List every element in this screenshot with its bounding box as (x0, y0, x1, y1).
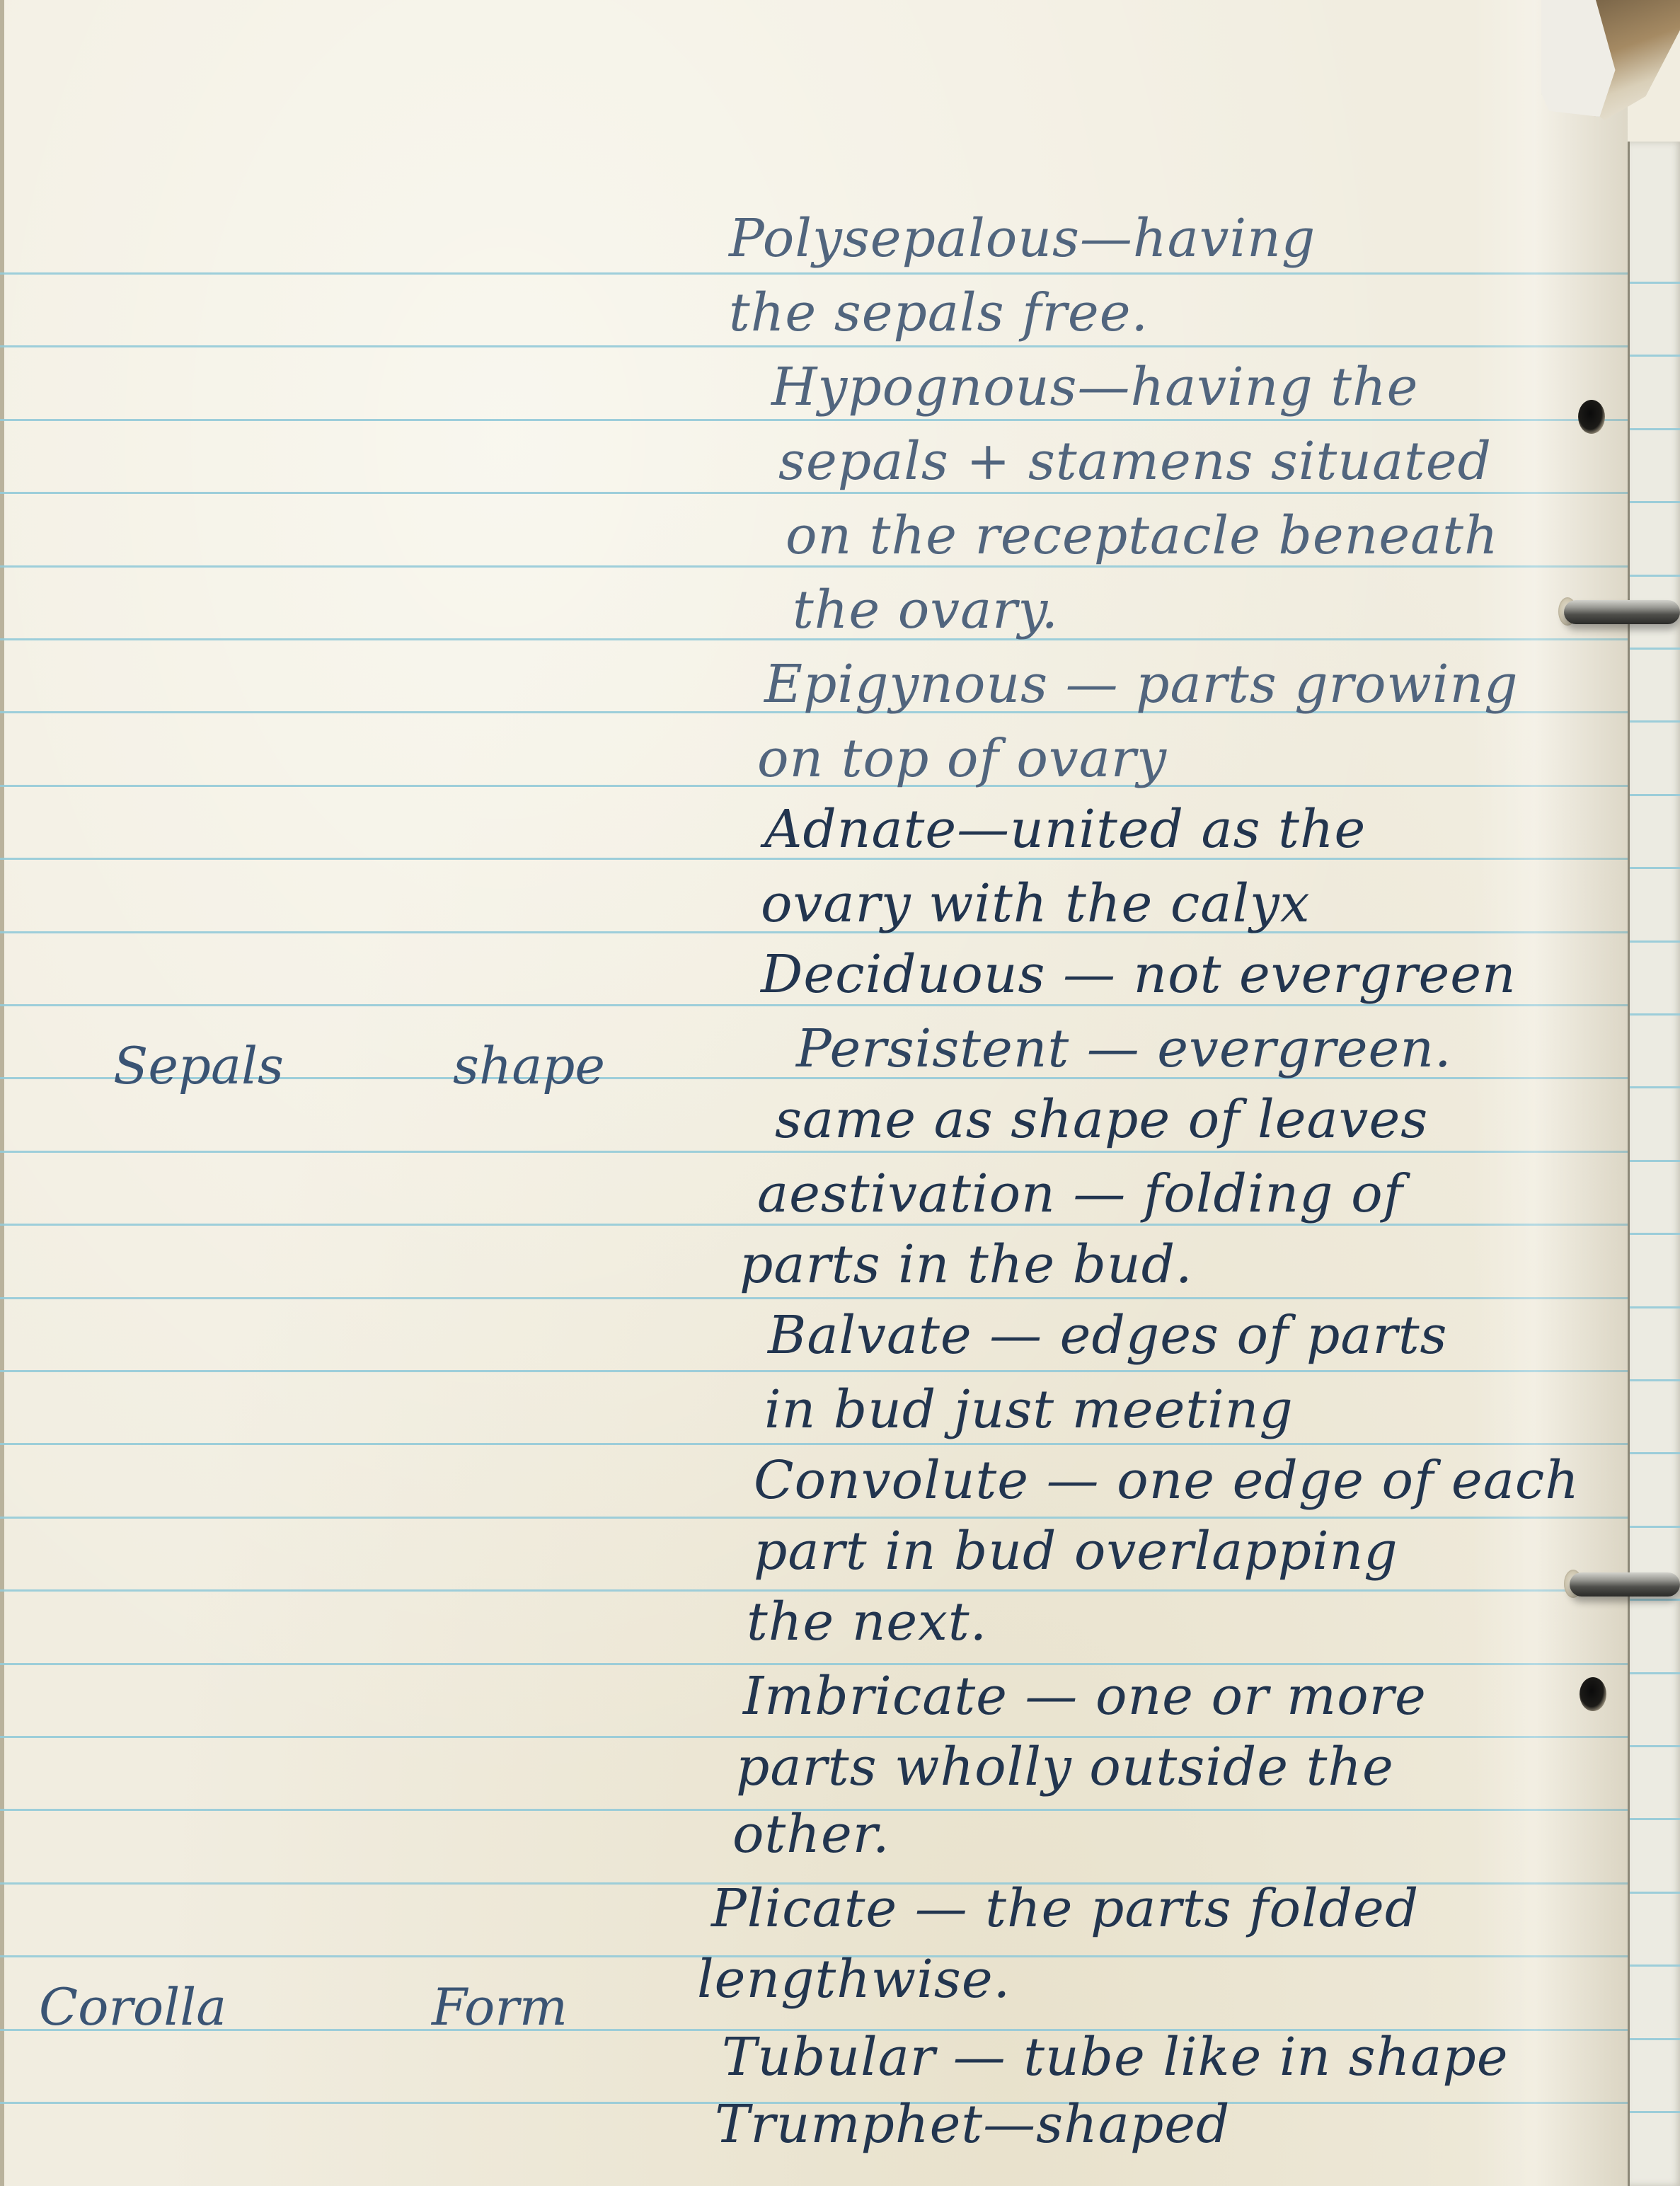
underlying-page (1628, 142, 1680, 2186)
binder-ring (1564, 600, 1680, 624)
underlying-rule-line (1630, 2111, 1680, 2113)
rule-line (0, 1663, 1680, 1665)
handwritten-line: Convolute — one edge of each (754, 1454, 1580, 1507)
label-corolla: Corolla (39, 1981, 226, 2032)
handwritten-line: same as shape of leaves (775, 1093, 1428, 1146)
underlying-rule-line (1630, 575, 1680, 577)
label-form: Form (432, 1981, 568, 2032)
underlying-rule-line (1630, 794, 1680, 796)
underlying-rule-line (1630, 1599, 1680, 1601)
underlying-rule-line (1630, 940, 1680, 943)
handwritten-line: Epigynous — parts growing (764, 658, 1519, 711)
notebook-page: Sepals shape Corolla Form Polysepalous—h… (0, 0, 1680, 2186)
rule-line (0, 492, 1680, 494)
handwritten-line: on top of ovary (757, 732, 1167, 785)
handwritten-line: the next. (747, 1596, 987, 1648)
underlying-rule-line (1630, 2038, 1680, 2040)
rule-line (0, 1370, 1680, 1372)
handwritten-line: Hypognous—having the (771, 361, 1418, 413)
rule-line (0, 1443, 1680, 1445)
underlying-rule-line (1630, 1892, 1680, 1894)
handwritten-line: the ovary. (793, 584, 1059, 636)
handwritten-line: other. (732, 1808, 890, 1860)
underlying-rule-line (1630, 1379, 1680, 1381)
underlying-rule-line (1630, 1526, 1680, 1528)
handwritten-line: Persistent — evergreen. (796, 1023, 1452, 1075)
underlying-rule-line (1630, 1233, 1680, 1235)
handwritten-line: Deciduous — not evergreen (761, 948, 1517, 1001)
underlying-rule-line (1630, 428, 1680, 430)
handwritten-line: ovary with the calyx (761, 878, 1311, 930)
label-shape: shape (453, 1040, 605, 1091)
underlying-rule-line (1630, 867, 1680, 869)
underlying-rule-line (1630, 1672, 1680, 1674)
binder-ring (1570, 1572, 1680, 1597)
handwritten-line: in bud just meeting (764, 1383, 1294, 1436)
punch-hole (1580, 1677, 1606, 1711)
underlying-rule-line (1630, 720, 1680, 723)
handwritten-line: on the receptacle beneath (786, 510, 1499, 562)
page-left-edge (0, 0, 4, 2186)
handwritten-line: parts wholly outside the (736, 1741, 1394, 1793)
rule-line (0, 419, 1680, 421)
label-sepals: Sepals (113, 1040, 284, 1091)
rule-line (0, 1297, 1680, 1299)
rule-line (0, 345, 1680, 347)
underlying-rule-line (1630, 1306, 1680, 1308)
underlying-rule-line (1630, 648, 1680, 650)
handwritten-line: Adnate—united as the (764, 803, 1366, 856)
underlying-rule-line (1630, 1160, 1680, 1162)
underlying-rule-line (1630, 355, 1680, 357)
handwritten-line: Polysepalous—having (729, 212, 1316, 265)
handwritten-line: the sepals free. (729, 287, 1149, 339)
handwritten-line: part in bud overlapping (754, 1525, 1398, 1577)
page-curl-shadow (1472, 0, 1628, 2186)
handwritten-line: Balvate — edges of parts (768, 1309, 1448, 1362)
underlying-rule-line (1630, 1964, 1680, 1967)
underlying-rule-line (1630, 1452, 1680, 1454)
handwritten-line: parts in the bud. (740, 1238, 1193, 1291)
handwritten-line: Trumphet—shaped (715, 2098, 1230, 2151)
punch-hole (1578, 400, 1605, 434)
rule-line (0, 1151, 1680, 1153)
rule-line (0, 1517, 1680, 1519)
handwritten-line: Imbricate — one or more (743, 1670, 1427, 1722)
underlying-rule-line (1630, 1013, 1680, 1016)
handwritten-line: Plicate — the parts folded (711, 1882, 1419, 1935)
rule-line (0, 272, 1680, 275)
underlying-rule-line (1630, 1745, 1680, 1747)
handwritten-line: aestivation — folding of (757, 1168, 1403, 1220)
underlying-rule-line (1630, 1086, 1680, 1088)
handwritten-line: lengthwise. (697, 1953, 1011, 2006)
handwritten-line: Tubular — tube like in shape (722, 2031, 1509, 2083)
underlying-rule-line (1630, 1818, 1680, 1820)
handwritten-line: sepals + stamens situated (778, 435, 1492, 488)
underlying-rule-line (1630, 501, 1680, 503)
underlying-rule-line (1630, 282, 1680, 284)
